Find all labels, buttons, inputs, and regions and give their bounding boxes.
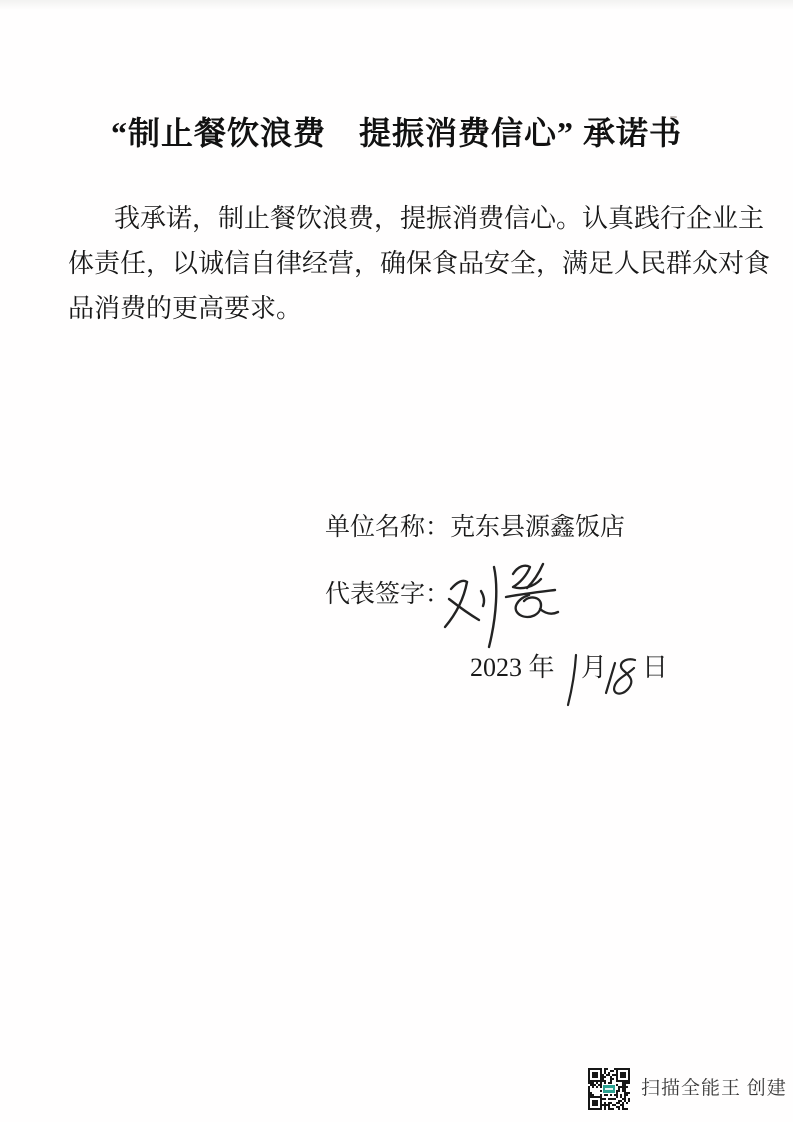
- unit-name-label: 单位名称：: [325, 514, 450, 541]
- scanner-watermark-text: 扫描全能王 创建: [641, 1068, 787, 1110]
- document-page: “制止餐饮浪费 提振消费信心” 承诺书 我承诺，制止餐饮浪费，提振消费信心。认真…: [0, 0, 793, 1122]
- scanner-watermark: 扫描全能王 创建: [588, 1068, 787, 1110]
- scan-speck: [670, 116, 677, 118]
- date-month-char: 月: [581, 652, 607, 684]
- scan-edge-shadow: [0, 0, 793, 10]
- handwritten-signature: [436, 553, 574, 655]
- unit-name-value: 克东县源鑫饭店: [450, 514, 625, 541]
- signature-label: 代表签字：: [325, 581, 450, 608]
- date-year: 2023 年: [470, 652, 555, 684]
- paragraph-line-1: 我承诺，制止餐饮浪费，提振消费信心。认真践行企业主: [68, 196, 758, 241]
- document-title: “制止餐饮浪费 提振消费信心” 承诺书: [0, 108, 793, 154]
- representative-signature-line: 代表签字：: [325, 579, 450, 610]
- unit-name-line: 单位名称：克东县源鑫饭店: [325, 512, 625, 543]
- paragraph-line-2: 体责任，以诚信自律经营，确保食品安全，满足人民群众对食: [68, 241, 758, 286]
- date-line: 2023 年 月 日: [0, 649, 793, 709]
- paragraph-line-3: 品消费的更高要求。: [68, 286, 758, 331]
- qr-code-icon: [588, 1068, 630, 1110]
- date-day-char: 日: [642, 652, 668, 684]
- commitment-paragraph: 我承诺，制止餐饮浪费，提振消费信心。认真践行企业主 体责任，以诚信自律经营，确保…: [68, 196, 758, 331]
